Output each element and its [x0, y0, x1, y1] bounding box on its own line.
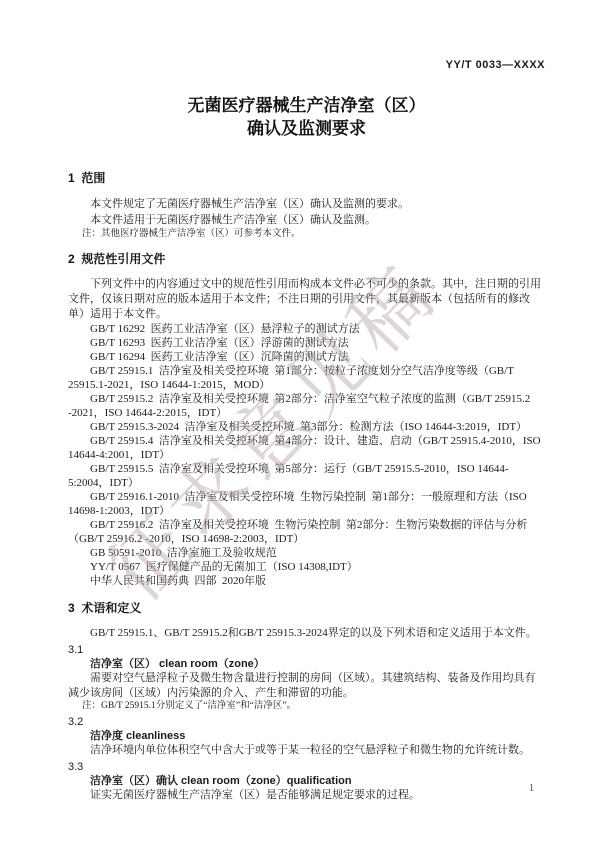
section-2-intro: 下列文件中的内容通过文中的规范性引用而构成本文件必不可少的条款。其中，注日期的引… — [68, 277, 545, 322]
section-1-heading: 1 范围 — [68, 170, 545, 186]
term-name: 洁净度 cleanliness — [68, 729, 545, 743]
standard-code-header: YY/T 0033—XXXX — [68, 58, 545, 72]
term-name: 洁净室（区）确认 clean room（zone）qualification — [68, 774, 545, 788]
reference-item: GB 50591-2010 洁净室施工及验收规范 — [68, 546, 545, 560]
reference-item: GB/T 25916.1-2010 洁净室及相关受控环境 生物污染控制 第1部分… — [68, 490, 545, 518]
term-3-1: 3.1 洁净室（区） clean room（zone） 需要对空气悬浮粒子及微生… — [68, 643, 545, 713]
document-page: 征求意见稿 YY/T 0033—XXXX 无菌医疗器械生产洁净室（区） 确认及监… — [0, 0, 600, 848]
section-1-paragraph-1: 本文件规定了无菌医疗器械生产洁净室（区）确认及监测的要求。 — [68, 196, 545, 212]
reference-item: GB/T 25915.3-2024 洁净室及相关受控环境 第3部分：检测方法（I… — [68, 420, 545, 434]
reference-item: GB/T 25915.4 洁净室及相关受控环境 第4部分：设计、建造、启动（GB… — [68, 434, 545, 462]
term-number: 3.1 — [68, 643, 545, 657]
section-1-note: 注：其他医疗器械生产洁净室（区）可参考本文件。 — [68, 228, 545, 241]
section-3-intro: GB/T 25915.1、GB/T 25915.2和GB/T 25915.3-2… — [68, 626, 545, 641]
section-3-heading: 3 术语和定义 — [68, 600, 545, 616]
reference-item: GB/T 25915.2 洁净室及相关受控环境 第2部分：洁净室空气粒子浓度的监… — [68, 392, 545, 420]
reference-item: GB/T 16292 医药工业洁净室（区）悬浮粒子的测试方法 — [68, 322, 545, 336]
section-1-paragraph-2: 本文件适用于无菌医疗器械生产洁净室（区）确认及监测。 — [68, 212, 545, 228]
reference-item: GB/T 25915.5 洁净室及相关受控环境 第5部分：运行（GB/T 259… — [68, 462, 545, 490]
section-2-heading: 2 规范性引用文件 — [68, 251, 545, 267]
term-3-2: 3.2 洁净度 cleanliness 洁净环境内单位体积空气中含大于或等于某一… — [68, 715, 545, 758]
reference-item: GB/T 25916.2 洁净室及相关受控环境 生物污染控制 第2部分：生物污染… — [68, 518, 545, 546]
normative-references-list: GB/T 16292 医药工业洁净室（区）悬浮粒子的测试方法 GB/T 1629… — [68, 322, 545, 588]
term-definition: 需要对空气悬浮粒子及微生物含量进行控制的房间（区域）。其建筑结构、装备及作用均具… — [68, 671, 545, 700]
reference-item: 中华人民共和国药典 四部 2020年版 — [68, 574, 545, 588]
term-number: 3.3 — [68, 760, 545, 774]
reference-item: GB/T 16294 医药工业洁净室（区）沉降菌的测试方法 — [68, 350, 545, 364]
term-note: 注：GB/T 25915.1分别定义了“洁净室”和“洁净区”。 — [68, 700, 545, 713]
reference-item: GB/T 25915.1 洁净室及相关受控环境 第1部分：按粒子浓度划分空气洁净… — [68, 364, 545, 392]
reference-item: GB/T 16293 医药工业洁净室（区）浮游菌的测试方法 — [68, 336, 545, 350]
reference-item: YY/T 0567 医疗保健产品的无菌加工（ISO 14308,IDT） — [68, 560, 545, 574]
term-name: 洁净室（区） clean room（zone） — [68, 657, 545, 671]
term-number: 3.2 — [68, 715, 545, 729]
page-content: YY/T 0033—XXXX 无菌医疗器械生产洁净室（区） 确认及监测要求 1 … — [0, 0, 600, 802]
document-title-line-2: 确认及监测要求 — [68, 117, 545, 140]
document-title-line-1: 无菌医疗器械生产洁净室（区） — [68, 94, 545, 117]
term-3-3: 3.3 洁净室（区）确认 clean room（zone）qualificati… — [68, 760, 545, 803]
document-title: 无菌医疗器械生产洁净室（区） 确认及监测要求 — [68, 94, 545, 140]
term-definition: 洁净环境内单位体积空气中含大于或等于某一粒径的空气悬浮粒子和微生物的允许统计数。 — [68, 743, 545, 758]
term-definition: 证实无菌医疗器械生产洁净室（区）是否能够满足规定要求的过程。 — [68, 788, 545, 803]
